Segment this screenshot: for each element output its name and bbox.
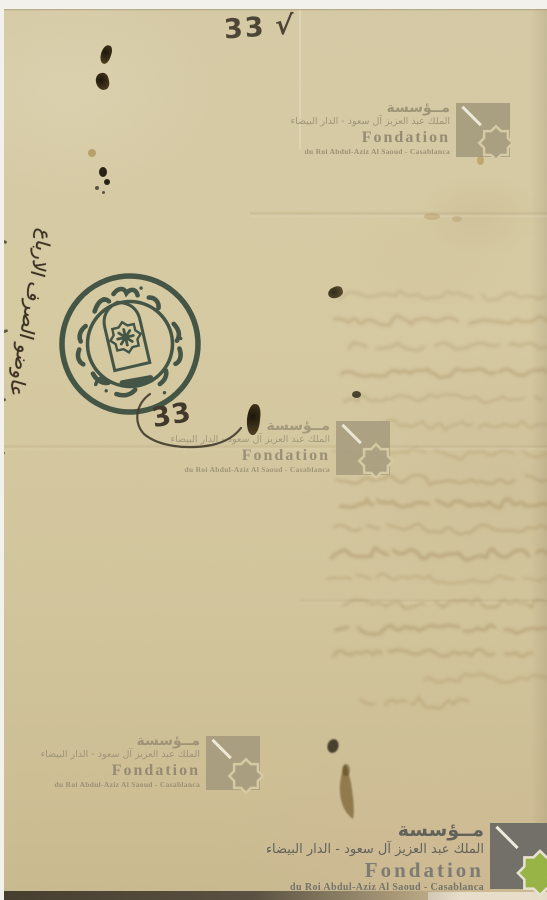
scan-edge-top — [0, 0, 547, 9]
stain-smudge — [315, 730, 385, 825]
foundation-logo — [206, 736, 266, 796]
stamp-arch-emblem — [100, 298, 150, 370]
watermark-foundation: مــؤسسة الملك عبد العزيز آل سعود - الدار… — [252, 820, 547, 899]
watermark-text: مــؤسسة الملك عبد العزيز آل سعود - الدار… — [280, 101, 450, 156]
eight-point-star-icon — [357, 442, 395, 480]
foundation-logo — [490, 823, 547, 899]
folio-number: 33 — [223, 12, 267, 46]
watermark-foundation: مــؤسسة الملك عبد العزيز آل سعود - الدار… — [280, 101, 516, 163]
folio-annotation: 33√ — [223, 10, 296, 46]
watermark-org-french: du Roi Abdul-Aziz Al Saoud - Casablanca — [160, 465, 330, 474]
watermark-org-arabic: الملك عبد العزيز آل سعود - الدار البيضاء — [30, 749, 200, 762]
eight-point-star-icon — [477, 124, 515, 162]
foundation-logo — [336, 421, 396, 481]
scan-edge-bottom-shadow — [0, 891, 460, 900]
watermark-name-arabic: مــؤسسة — [280, 101, 450, 116]
watermark-org-french: du Roi Abdul-Aziz Al Saoud - Casablanca — [30, 780, 200, 789]
watermark-foundation: مــؤسسة الملك عبد العزيز آل سعود - الدار… — [30, 734, 266, 796]
foundation-logo — [456, 103, 516, 163]
watermark-name-french: Fondation — [252, 859, 484, 882]
scanned-document-page: مــؤسسة الملك عبد العزيز آل سعود - الدار… — [0, 0, 547, 900]
paper-stain — [88, 149, 96, 157]
watermark-name-arabic: مــؤسسة — [30, 734, 200, 749]
watermark-org-arabic: الملك عبد العزيز آل سعود - الدار البيضاء — [280, 116, 450, 129]
watermark-text: مــؤسسة الملك عبد العزيز آل سعود - الدار… — [252, 820, 484, 893]
eight-point-star-icon — [515, 848, 547, 898]
scan-edge-left — [0, 0, 4, 900]
check-mark: √ — [274, 10, 295, 42]
ink-speck — [95, 186, 99, 190]
ink-speck — [352, 391, 361, 398]
watermark-text: مــؤسسة الملك عبد العزيز آل سعود - الدار… — [30, 734, 200, 789]
paper-stain — [452, 216, 462, 222]
ink-speck — [102, 191, 105, 194]
logo-diagonal — [495, 826, 518, 849]
ink-speck — [99, 167, 107, 177]
watermark-name-french: Fondation — [30, 762, 200, 780]
eight-point-star-icon — [227, 757, 265, 795]
watermark-org-arabic: الملك عبد العزيز آل سعود - الدار البيضاء — [252, 841, 484, 859]
watermark-org-french: du Roi Abdul-Aziz Al Saoud - Casablanca — [280, 147, 450, 156]
paper-stain — [424, 213, 440, 220]
watermark-name-french: Fondation — [280, 129, 450, 147]
ink-speck — [104, 179, 110, 185]
